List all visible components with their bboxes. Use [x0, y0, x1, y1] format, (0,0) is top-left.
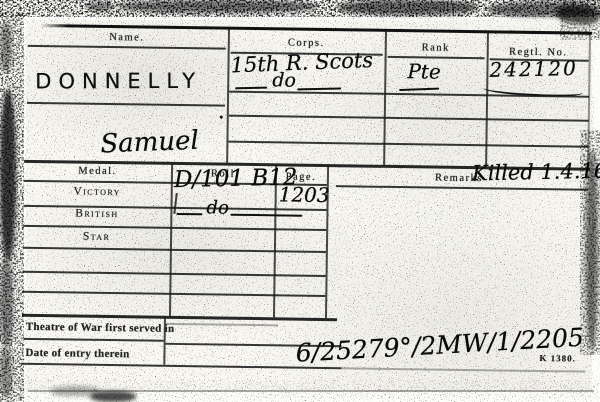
ditto-dash [230, 214, 302, 217]
rule [28, 45, 226, 49]
scanned-medal-index-card: Name. Corps. Rank Regtl. No. DONNELLY Sa… [0, 0, 600, 402]
rule [24, 338, 164, 342]
forename-handwritten: Samuel [100, 126, 200, 160]
scan-noise-blob [0, 22, 12, 72]
scan-noise-blob [0, 258, 13, 348]
divider-name-corps [226, 29, 229, 163]
rule [336, 185, 588, 190]
form-number: K 1380. [539, 353, 576, 364]
scan-edge-line [28, 390, 594, 392]
british-roll-ditto-handwritten: do [206, 197, 229, 218]
rule [341, 367, 585, 372]
card-paper: Name. Corps. Rank Regtl. No. DONNELLY Sa… [26, 20, 592, 392]
ditto-dash [399, 88, 439, 92]
scan-noise-blob [86, 2, 114, 11]
corps-handwritten: 15th R. Scots [230, 48, 373, 77]
rule [23, 247, 326, 253]
medal-row-british: British [23, 207, 170, 221]
scan-noise-blob [0, 90, 16, 260]
surname-handwritten: DONNELLY [35, 69, 202, 94]
date-of-entry-label: Date of entry therein [25, 347, 129, 360]
rule [229, 115, 589, 122]
rule [27, 102, 225, 106]
rule [23, 271, 326, 277]
victory-page-handwritten: 1203 [279, 182, 330, 207]
ditto-dash [176, 213, 202, 215]
remarks-handwritten: Killed 1.4.16 [472, 159, 600, 186]
scan-noise-blob [118, 0, 318, 13]
medal-column-header: Medal. [24, 165, 171, 178]
section-divider [22, 314, 337, 321]
rule [388, 56, 485, 59]
regtl-no-handwritten: 242120 [489, 56, 578, 82]
rank-handwritten: Pte [407, 59, 441, 83]
name-column-header: Name. [26, 31, 228, 45]
theatre-of-war-label: Theatre of War first served in [26, 321, 175, 335]
rule [21, 363, 341, 369]
corps-ditto-handwritten: do [272, 69, 296, 91]
scan-noise-blob [0, 348, 12, 398]
medal-row-victory: Victory [24, 185, 171, 199]
rule [166, 323, 278, 326]
scan-noise-blob [338, 0, 478, 15]
medal-row-star: Star [23, 230, 170, 244]
ditto-dash [235, 87, 267, 90]
rank-column-header: Rank [385, 42, 487, 54]
card-content: Name. Corps. Rank Regtl. No. DONNELLY Sa… [21, 20, 592, 400]
ink-dot [220, 116, 223, 119]
rule [22, 291, 325, 297]
scan-noise-blob [586, 150, 598, 350]
ditto-dash [173, 193, 177, 214]
rule [228, 141, 588, 148]
ditto-dash [297, 87, 341, 90]
